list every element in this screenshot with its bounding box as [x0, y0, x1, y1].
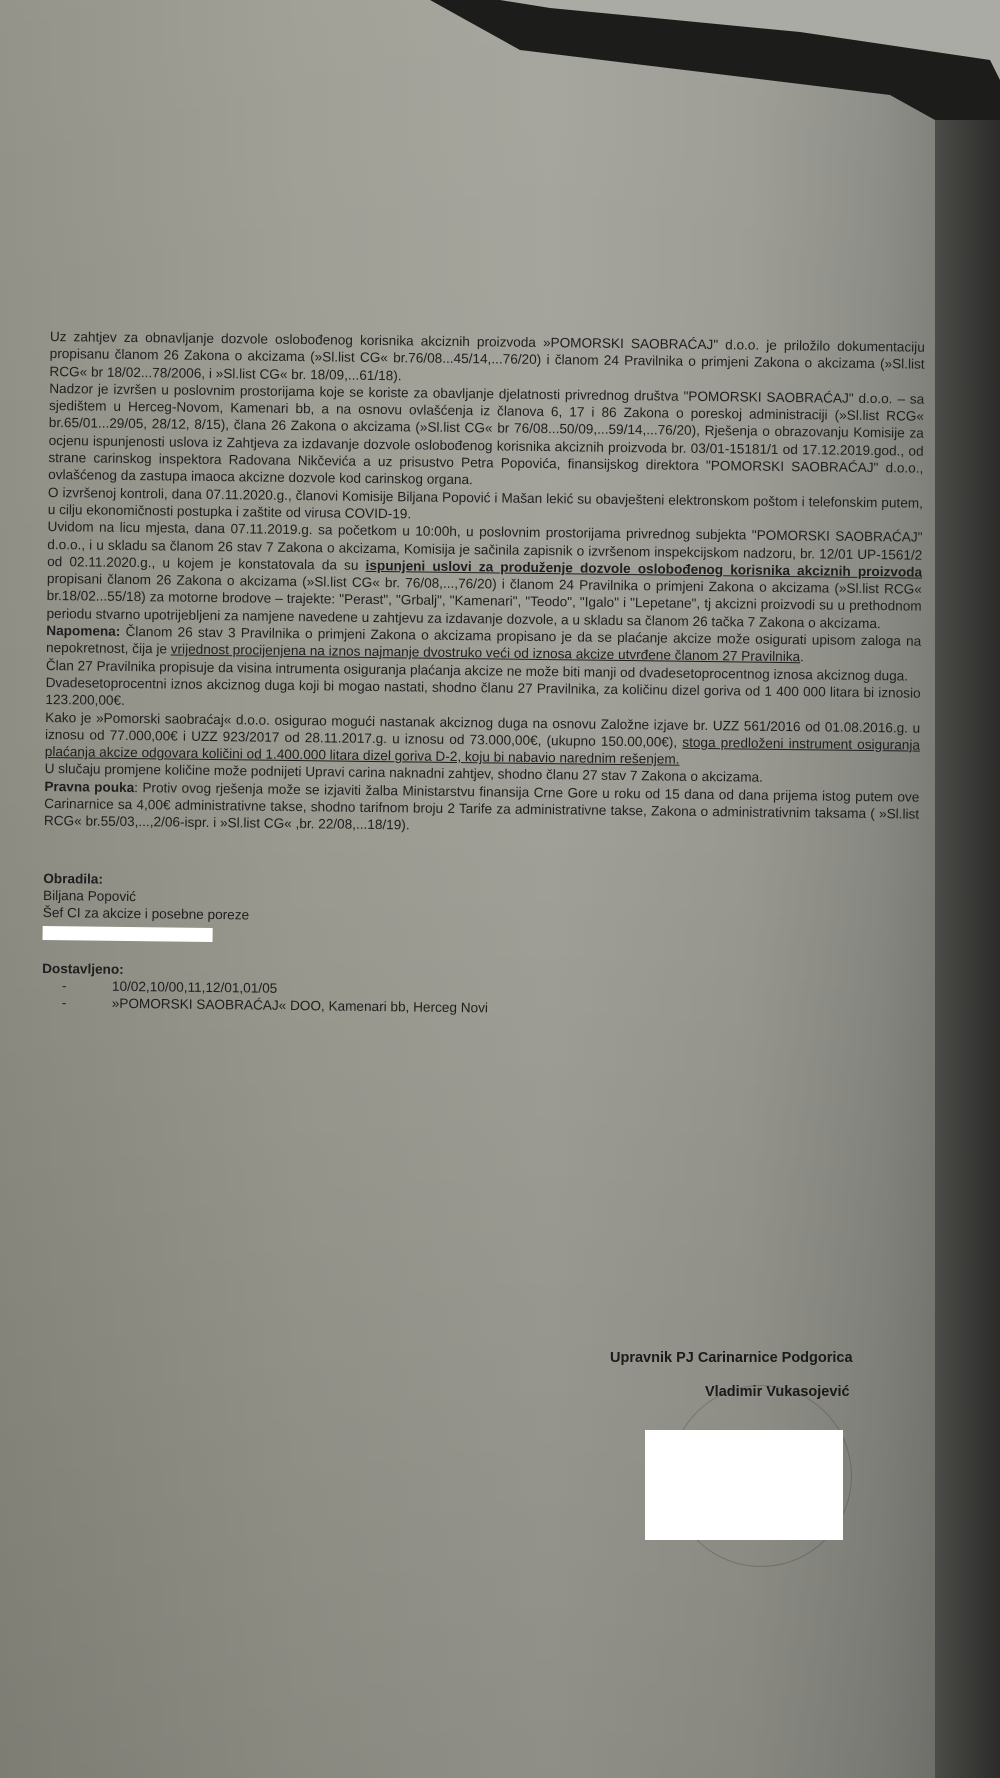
signature-title: Upravnik PJ Carinarnice Podgorica: [610, 1350, 940, 1366]
text-segment: Nadzor je izvršen u poslovnim prostorija…: [48, 381, 924, 488]
text-segment: Napomena:: [46, 623, 120, 639]
text-segment: propisani članom 26 Zakona o akcizama (»…: [46, 571, 922, 631]
page-shadow: [935, 120, 1000, 1778]
processed-by-block: Obradila: Biljana Popović Šef CI za akci…: [43, 870, 919, 951]
document-body: Uz zahtjev za obnavljanje dozvole oslobo…: [42, 328, 925, 1022]
paragraph: Nadzor je izvršen u poslovnim prostorija…: [48, 380, 924, 494]
signature-block: Upravnik PJ Carinarnice Podgorica Vladim…: [610, 1350, 940, 1400]
text-segment: : Protiv ovog rješenja može se izjaviti …: [44, 780, 920, 833]
text-segment: Pravna pouka: [44, 779, 134, 795]
text-segment: .: [800, 650, 804, 665]
delivered-block: Dostavljeno: 10/02,10/00,11,12/01,01/05 …: [42, 959, 918, 1022]
paragraph-list: Uz zahtjev za obnavljanje dozvole oslobo…: [44, 328, 925, 840]
text-segment: Uz zahtjev za obnavljanje dozvole oslobo…: [49, 329, 925, 383]
redacted-signature-stamp: [645, 1430, 843, 1540]
signature-name: Vladimir Vukasojević: [705, 1384, 940, 1400]
paragraph: Pravna pouka: Protiv ovog rješenja može …: [44, 778, 920, 841]
paragraph: Uvidom na licu mjesta, dana 07.11.2019.g…: [46, 518, 922, 632]
